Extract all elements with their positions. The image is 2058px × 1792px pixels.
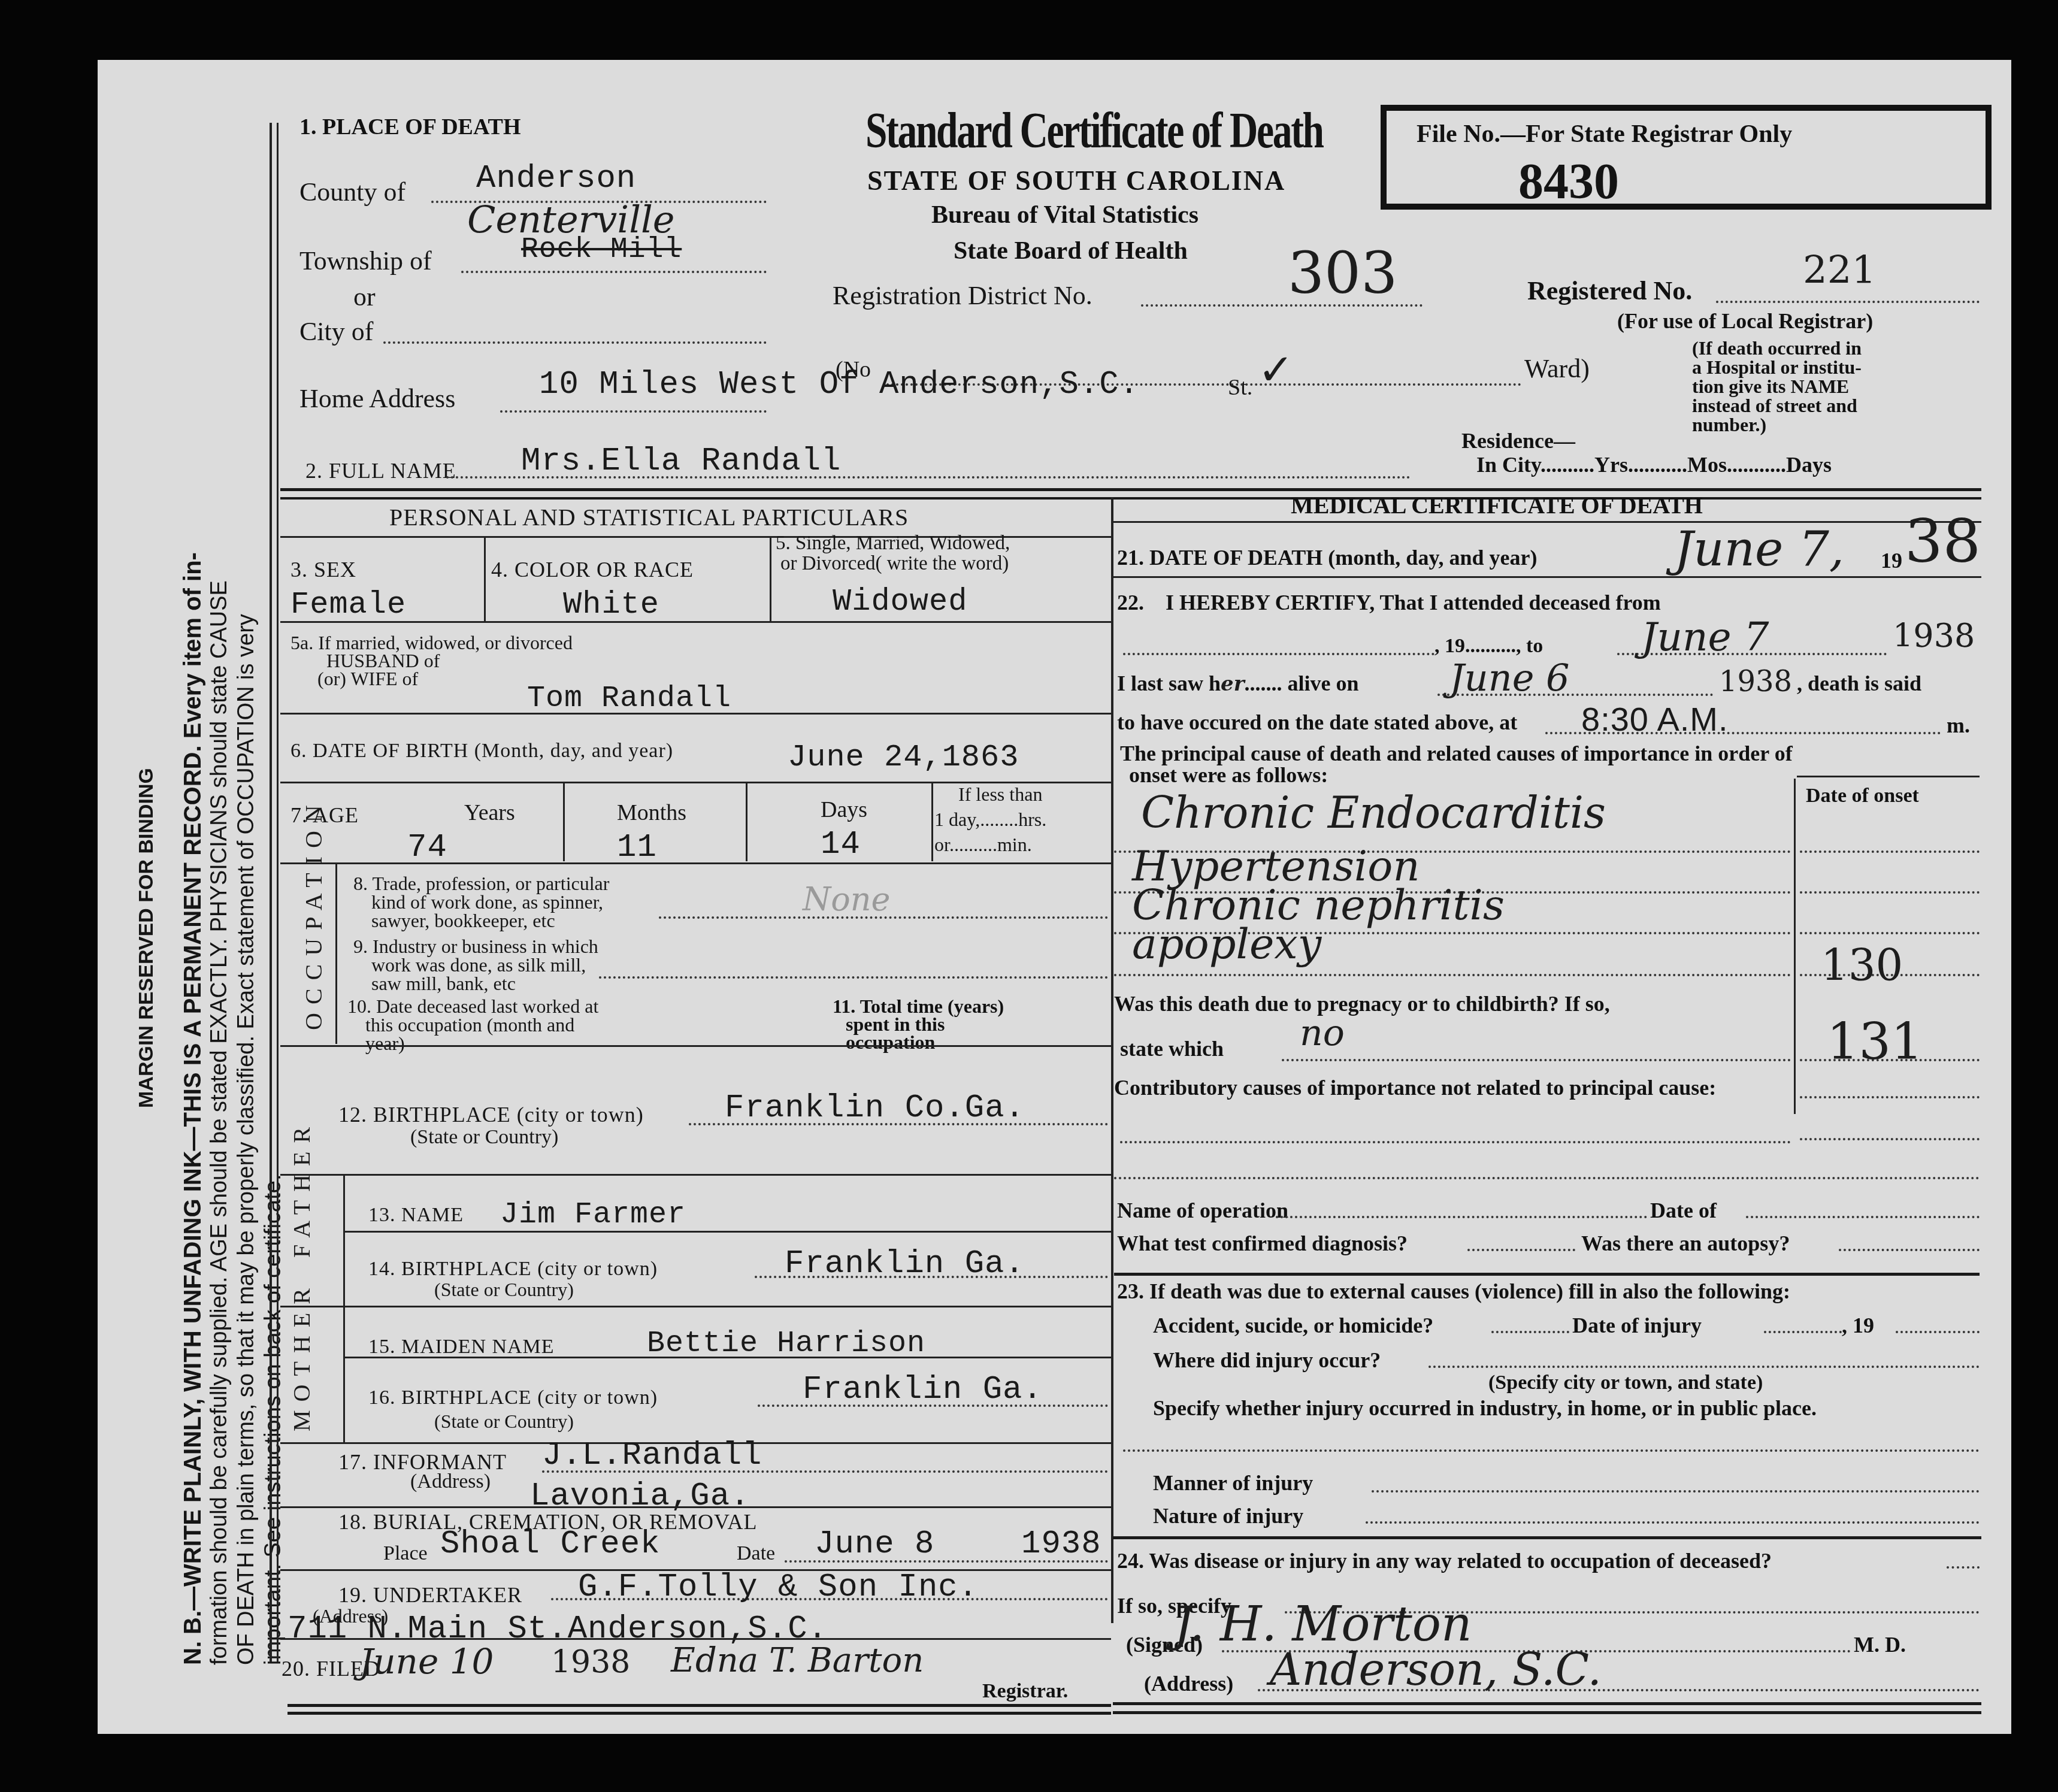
marital-value: Widowed [833,584,967,619]
row-rule [280,1174,1111,1176]
trade-value: None [803,880,891,918]
time-value: 8:30 A.M. [1581,700,1729,738]
row-rule [280,1506,1111,1508]
spouse-value: Tom Randall [527,682,731,716]
contributory-label: Contributory causes of importance not re… [1114,1075,1716,1100]
county-label: County of [299,177,405,207]
filed-date-value: June 10 [359,1641,494,1682]
registrar-signature: Edna T. Barton [671,1641,924,1680]
autopsy-label: Was there an autopsy? [1581,1231,1790,1256]
mother-side-label: MOTHER [287,1280,316,1431]
years-label: Years [464,800,515,826]
burial-place-value: Shoal Creek [440,1526,660,1563]
section-rule [1114,1273,1980,1276]
file-number: 8430 [1518,153,1619,211]
row-rule [280,862,1111,864]
cause-line [1114,974,1791,976]
trade-label: 8. Trade, profession, or particular kind… [353,874,609,930]
cell-divider [343,1176,345,1442]
cell-divider [563,783,565,861]
cause-1: Chronic Endocarditis [1141,788,1606,838]
margin-line-4: important. See instructions on back of c… [261,1174,286,1665]
burial-date-value: June 8 [815,1526,934,1563]
onset-code-1: 130 [1821,940,1903,991]
dod-label: 21. DATE OF DEATH (month, day, and year) [1117,545,1537,570]
certificate-title: Standard Certificate of Death [865,102,1323,160]
manner-line [1372,1490,1980,1493]
contributory-line [1114,1177,1980,1179]
section-rule [280,497,1981,500]
onset-line [1800,1096,1980,1098]
dod-year-prefix: 19 [1881,548,1902,573]
certify-label: 22. I HEREBY CERTIFY, That I attended de… [1117,590,1661,615]
row-rule [280,1638,1111,1640]
row-rule [280,621,1111,623]
autopsy-line [1839,1249,1980,1251]
bureau-name: Bureau of Vital Statistics [931,201,1199,229]
attended-from-line [1123,653,1434,655]
onset-code-2: 131 [1827,1012,1923,1071]
accident-line [1491,1331,1569,1333]
injury-date-label: Date of injury [1572,1313,1702,1338]
occurred-label: to have occured on the date stated above… [1117,710,1517,735]
mother-name-value: Bettie Harrison [647,1327,925,1361]
mother-birthplace-label: 16. BIRTHPLACE (city or town) [368,1387,658,1409]
attended-year-label: , 19.........., to [1434,635,1543,658]
section-rule [280,488,1981,491]
dod-year-value: 38 [1905,506,1981,576]
days-label: Days [821,797,867,823]
md-label: M. D. [1854,1632,1906,1657]
registration-district-label: Registration District No. [833,280,1092,311]
cell-divider [931,783,933,861]
undertaker-value: G.F.Tolly & Son Inc. [578,1569,978,1606]
nature-line [1366,1521,1980,1524]
marital-label: 5. Single, Married, Widowed, or Divorced… [776,533,1010,574]
spouse-label: 5a. If married, widowed, or divorced HUS… [290,634,573,688]
injury-date-line [1764,1331,1842,1333]
row-rule [1113,521,1981,523]
father-birthplace-value: Franklin Ga. [785,1246,1025,1282]
manner-label: Manner of injury [1153,1470,1313,1496]
age-months-value: 11 [617,830,657,866]
residence-in-city: In City..........Yrs...........Mos......… [1476,452,1832,477]
place-of-death-heading: 1. PLACE OF DEATH [299,114,520,140]
where-injury-line [1429,1366,1980,1368]
registered-no-value: 221 [1803,249,1876,293]
file-number-box: File No.—For State Registrar Only 8430 [1381,105,1992,210]
onset-line [1800,891,1980,894]
industry-line [599,976,1108,979]
operation-line [1276,1216,1647,1218]
cell-divider [770,538,771,622]
nature-label: Nature of injury [1153,1503,1303,1528]
total-time-label: 11. Total time (years) spent in this occ… [833,997,1004,1051]
cause-intro: The principal cause of death and related… [1120,743,1793,786]
bottom-rule [287,1712,1111,1715]
race-value: White [563,587,659,622]
city-line [383,341,767,344]
onset-header-rule [1797,776,1980,777]
full-name-value: Mrs.Ella Randall [521,443,841,480]
township-struck-value: Rock Mill [521,234,682,266]
mother-name-label: 15. MAIDEN NAME [368,1336,555,1358]
occupation-related-label: 24. Was disease or injury in any way rel… [1117,1548,1772,1573]
cell-divider [335,864,337,1044]
cause-4: apoplexy [1132,919,1321,968]
father-name-label: 13. NAME [368,1204,464,1227]
last-saw-date: June 6 [1449,656,1570,700]
less-than-day-note: If less than 1 day,........hrs. or......… [934,782,1046,857]
bottom-rule [287,1704,1111,1707]
dod-value: June 7, [1674,521,1844,577]
operation-date-line [1746,1216,1980,1218]
row-rule [344,1231,1111,1233]
date-of-onset-label: Date of onset [1806,785,1919,807]
attended-to-date: June 7 [1641,614,1769,660]
filed-year-value: 1938 [551,1644,630,1680]
section-rule [1113,1536,1981,1539]
registrar-label: Registrar. [982,1680,1068,1703]
bottom-rule [1113,1702,1981,1705]
state-which-value: no [1300,1012,1345,1054]
residence-label: Residence— [1461,428,1575,453]
cell-divider [484,538,486,622]
margin-line-1: N. B.—WRITE PLAINLY, WITH UNFADING INK—T… [180,552,207,1665]
township-line [461,271,767,273]
injury-year-line [1896,1331,1980,1333]
physician-address-label: (Address) [1144,1671,1233,1696]
state-which-line [1282,1059,1791,1061]
occupation-side-label: OCCUPATION [299,797,328,1030]
specify-place-label: Specify whether injury occurred in indus… [1153,1396,1817,1421]
margin-line-3: OF DEATH in plain terms, so that it may … [234,614,259,1665]
file-number-label: File No.—For State Registrar Only [1417,120,1792,149]
specify-place-line [1123,1449,1980,1452]
registered-no-line [1716,301,1980,303]
full-name-label: 2. FULL NAME [305,458,456,483]
margin-line-2: formation should be carefully supplied. … [207,580,232,1665]
township-label: Township of [299,246,432,276]
father-birthplace-sublabel: (State or Country) [434,1279,574,1301]
operation-label: Name of operation [1117,1198,1288,1223]
row-rule [280,1045,1111,1047]
registration-district-value: 303 [1288,240,1397,307]
personal-heading: PERSONAL AND STATISTICAL PARTICULARS [389,503,909,531]
birthplace-sublabel: (State or Country) [410,1126,558,1149]
pregnancy-label: Was this death due to pregnacy or to chi… [1114,991,1610,1016]
father-side-label: FATHER [287,1119,316,1258]
informant-address-label: (Address) [410,1470,491,1493]
specify-city-label: (Specify city or town, and state) [1488,1372,1763,1394]
cell-divider [746,783,747,861]
burial-year-value: 1938 [1021,1526,1101,1563]
where-injury-label: Where did injury occur? [1153,1348,1381,1373]
industry-label: 9. Industry or business in which work wa… [353,937,598,993]
form-left-border [270,123,272,1662]
burial-date-label: Date [737,1542,775,1565]
mother-birthplace-sublabel: (State or Country) [434,1410,574,1433]
ward-checkmark-icon: ✓ [1258,344,1294,395]
or-label: or [353,281,376,312]
onset-line [1800,932,1980,934]
margin-binding-note: MARGIN RESERVED FOR BINDING [135,768,158,1108]
state-which-label: state which [1120,1036,1224,1061]
column-divider [1111,497,1113,1623]
last-saw-year: 1938 [1719,665,1792,698]
medical-heading: MEDICAL CERTIFICATE OF DEATH [1291,491,1703,519]
father-birthplace-label: 14. BIRTHPLACE (city or town) [368,1258,658,1281]
board-name: State Board of Health [954,237,1188,265]
physician-address-value: Anderson, S.C. [1270,1644,1602,1696]
attended-to-year: 1938 [1893,617,1975,655]
row-rule [344,1357,1111,1358]
bottom-rule [1113,1711,1981,1714]
accident-label: Accident, sucide, or homicide? [1153,1313,1433,1338]
state-name: STATE OF SOUTH CAROLINA [867,165,1285,196]
home-address-line [500,410,767,413]
onset-line [1800,1138,1980,1140]
death-said-label: , death is said [1797,671,1921,696]
form-left-border-inner [277,123,279,1662]
onset-line [1800,850,1980,853]
onset-column-divider [1794,779,1796,1114]
test-line [1467,1249,1575,1251]
last-saw-label: I last saw her....... alive on [1117,671,1359,696]
race-label: 4. COLOR OR RACE [491,557,694,582]
sex-label: 3. SEX [290,557,356,582]
local-registrar-note: (For use of Local Registrar) [1617,308,1873,334]
dob-label: 6. DATE OF BIRTH (Month, day, and year) [290,740,673,762]
external-causes-label: 23. If death was due to external causes … [1117,1279,1790,1304]
county-value: Anderson [476,161,636,197]
operation-date-label: Date of [1650,1198,1717,1223]
city-label: City of [299,316,373,347]
m-label: m. [1947,713,1970,738]
row-rule [280,1306,1111,1307]
row-rule [1113,576,1981,578]
burial-place-label: Place [383,1542,428,1565]
hospital-note: (If death occurred in a Hospital or inst… [1692,338,1862,434]
undertaker-label: 19. UNDERTAKER [338,1582,522,1608]
age-years-value: 74 [407,830,447,866]
dob-value: June 24,1863 [788,740,1019,775]
contributory-line [1120,1141,1791,1143]
registered-no-label: Registered No. [1527,276,1692,306]
ward-label: Ward) [1524,353,1590,384]
father-name-value: Jim Farmer [500,1198,686,1232]
mother-birthplace-value: Franklin Ga. [803,1372,1043,1408]
occupation-related-line [1947,1566,1980,1569]
age-days-value: 14 [821,827,861,863]
birthplace-label: 12. BIRTHPLACE (city or town) [338,1102,644,1127]
months-label: Months [617,800,686,826]
birthplace-value: Franklin Co.Ga. [725,1090,1025,1127]
injury-year-label: , 19 [1842,1313,1874,1338]
home-address-value: 10 Miles West Of Anderson,S.C. [539,367,1139,403]
street-label: St. [1228,374,1252,401]
row-rule [280,713,1111,715]
informant-value: J.L.Randall [542,1437,762,1474]
test-label: What test confirmed diagnosis? [1117,1231,1408,1256]
home-address-label: Home Address [299,383,455,414]
sex-value: Female [290,587,406,622]
